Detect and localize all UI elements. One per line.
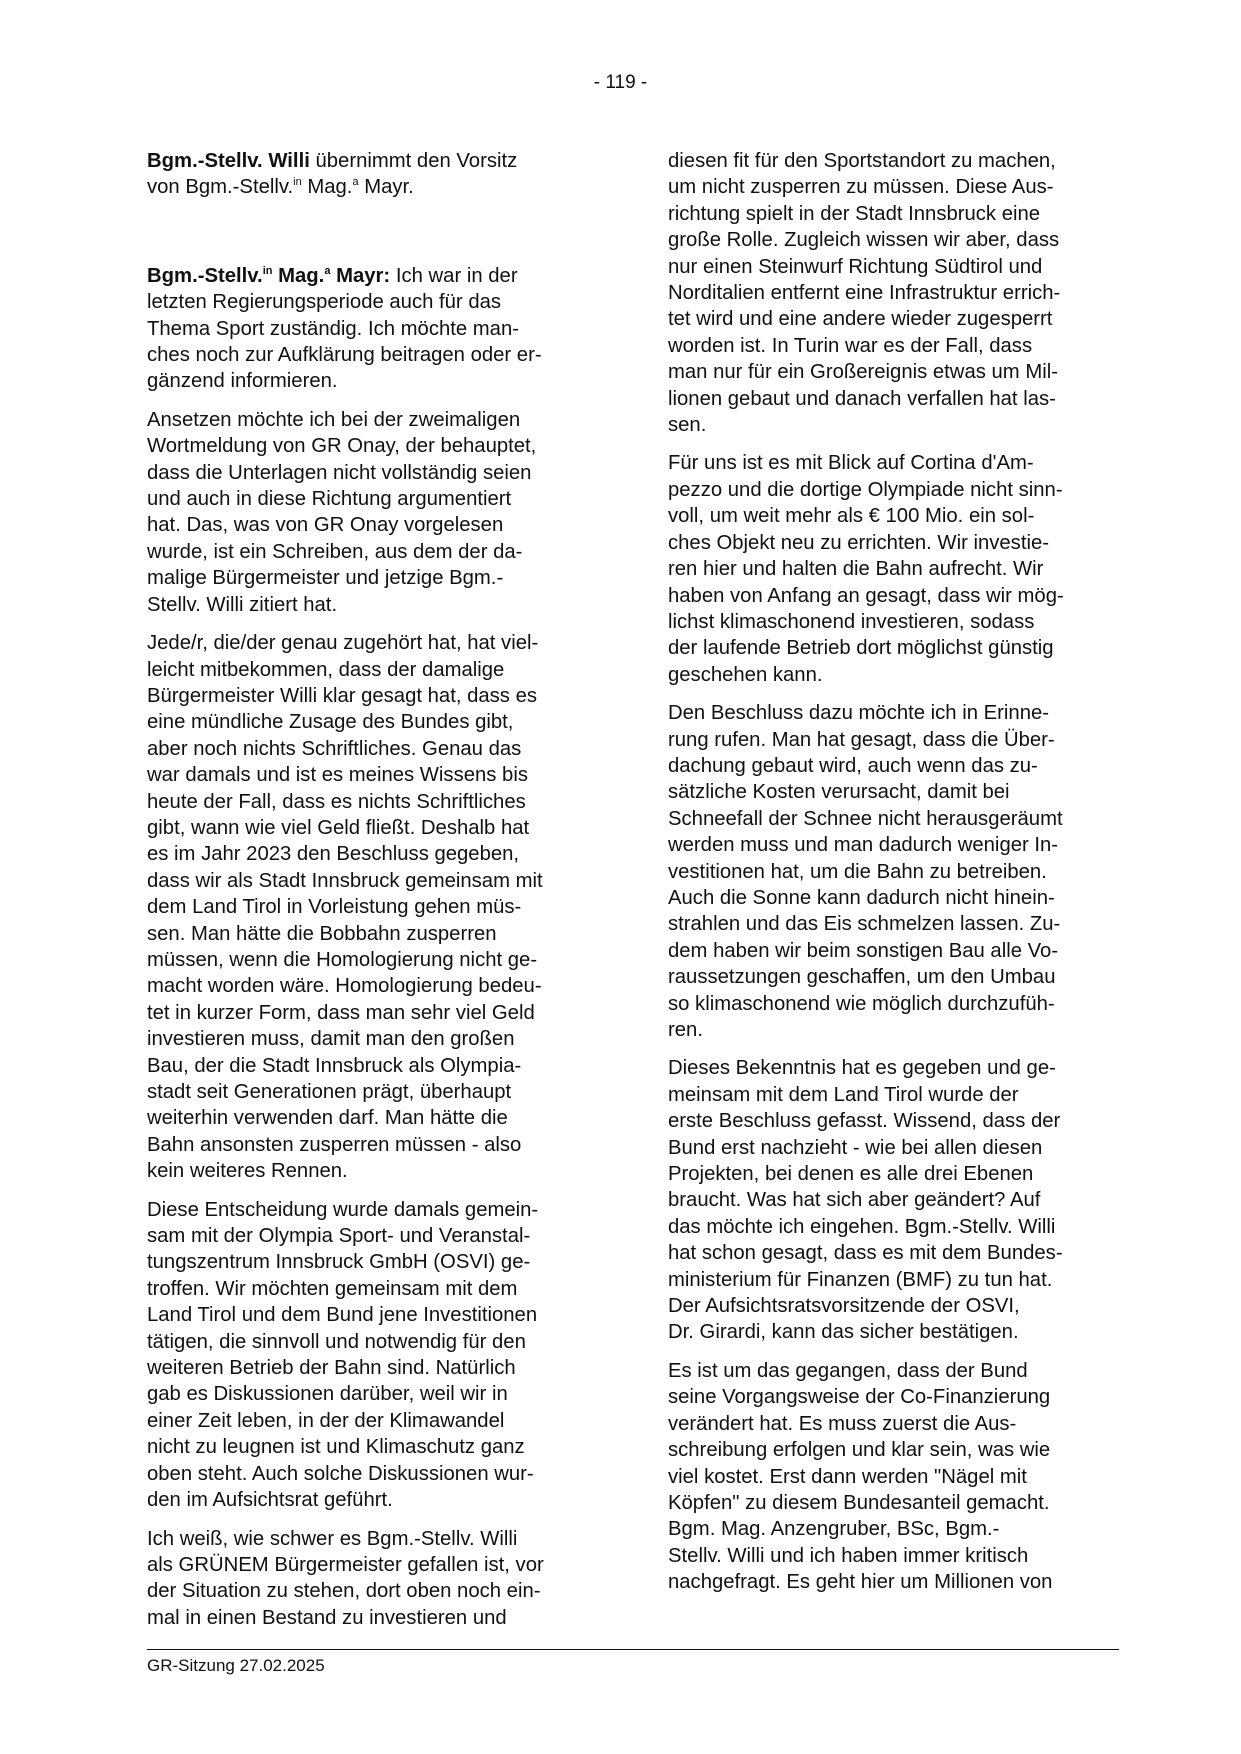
text-line: ren. [668,1017,1128,1043]
text-line: hat. Das, was von GR Onay vorgelesen [147,512,607,538]
text-line: voll, um weit mehr als € 100 Mio. ein so… [668,503,1128,529]
body-paragraph: Ich weiß, wie schwer es Bgm.-Stellv. Wil… [147,1526,607,1632]
notice-text: Mag. [302,176,353,198]
text-line: Für uns ist es mit Blick auf Cortina d'A… [668,450,1128,476]
text-line: Köpfen" zu diesem Bundesanteil gemacht. [668,1490,1128,1516]
text-line: rung rufen. Man hat gesagt, dass die Übe… [668,727,1128,753]
right-paragraphs: diesen fit für den Sportstandort zu mach… [668,148,1128,1596]
text-line: tet in kurzer Form, dass man sehr viel G… [147,1000,607,1026]
text-line: Dieses Bekenntnis hat es gegeben und ge- [668,1055,1128,1081]
body-paragraph: diesen fit für den Sportstandort zu mach… [668,148,1128,438]
notice-text: übernimmt den Vorsitz [310,150,517,172]
speech-intro-paragraph: Bgm.-Stellv.in Mag.a Mayr: Ich war in de… [147,263,607,395]
text-line: Diese Entscheidung wurde damals gemein- [147,1197,607,1223]
body-paragraph: Für uns ist es mit Blick auf Cortina d'A… [668,450,1128,688]
text-line: lionen gebaut und danach verfallen hat l… [668,386,1128,412]
text-line: Ich weiß, wie schwer es Bgm.-Stellv. Wil… [147,1526,607,1552]
text-line: weiterhin verwenden darf. Man hätte die [147,1105,607,1131]
text-line: Land Tirol und dem Bund jene Investition… [147,1302,607,1328]
text-line: um nicht zusperren zu müssen. Diese Aus- [668,174,1128,200]
text-line: lichst klimaschonend investieren, sodass [668,609,1128,635]
text-line: tet wird und eine andere wieder zugesper… [668,306,1128,332]
text-line: Bahn ansonsten zusperren müssen - also [147,1132,607,1158]
text-line: Der Aufsichtsratsvorsitzende der OSVI, [668,1293,1128,1319]
text-line: Den Beschluss dazu möchte ich in Erinne- [668,700,1128,726]
text-line: sen. Man hätte die Bobbahn zusperren [147,921,607,947]
text-line: stadt seit Generationen prägt, überhaupt [147,1079,607,1105]
text-line: einer Zeit leben, in der der Klimawandel [147,1408,607,1434]
text-line: sätzliche Kosten verursacht, damit bei [668,779,1128,805]
text-line: eine mündliche Zusage des Bundes gibt, [147,709,607,735]
text-line: Bgm. Mag. Anzengruber, BSc, Bgm.- [668,1516,1128,1542]
text-line: große Rolle. Zugleich wissen wir aber, d… [668,227,1128,253]
text-line: meinsam mit dem Land Tirol wurde der [668,1082,1128,1108]
speaker-name: Bgm.-Stellv.in Mag.a Mayr: [147,265,390,287]
text-line: raussetzungen geschaffen, um den Umbau [668,964,1128,990]
text-line: nur einen Steinwurf Richtung Südtirol un… [668,254,1128,280]
text-line: es im Jahr 2023 den Beschluss gegeben, [147,841,607,867]
text-line: Dr. Girardi, kann das sicher bestätigen. [668,1319,1128,1345]
text-line: der laufende Betrieb dort möglichst güns… [668,635,1128,661]
text-line: braucht. Was hat sich aber geändert? Auf [668,1187,1128,1213]
text-line: sen. [668,412,1128,438]
text-line: werden muss und man dadurch weniger In- [668,832,1128,858]
text-line: dachung gebaut wird, auch wenn das zu- [668,753,1128,779]
text-line: hat schon gesagt, dass es mit dem Bundes… [668,1240,1128,1266]
text-line: Bürgermeister Willi klar gesagt hat, das… [147,683,607,709]
text-line: so klimaschonend wie möglich durchzufüh- [668,991,1128,1017]
footer-divider [147,1649,1119,1650]
text-line: Jede/r, die/der genau zugehört hat, hat … [147,630,607,656]
text-line: investieren muss, damit man den großen [147,1026,607,1052]
text-line: tätigen, die sinnvoll und notwendig für … [147,1329,607,1355]
text-line: troffen. Wir möchten gemeinsam mit dem [147,1276,607,1302]
text-line: weiteren Betrieb der Bahn sind. Natürlic… [147,1355,607,1381]
notice-text: Mayr. [359,176,414,198]
text-line: Ansetzen möchte ich bei der zweimaligen [147,407,607,433]
text-line: man nur für ein Großereignis etwas um Mi… [668,359,1128,385]
text-line: mal in einen Bestand zu investieren und [147,1605,607,1631]
chair-change-notice: Bgm.-Stellv. Willi übernimmt den Vorsitz… [147,148,607,201]
footer-session-date: GR-Sitzung 27.02.2025 [147,1656,325,1676]
text-line: dem Land Tirol in Vorleistung gehen müs- [147,894,607,920]
text-line: das möchte ich eingehen. Bgm.-Stellv. Wi… [668,1214,1128,1240]
body-paragraph: Ansetzen möchte ich bei der zweimaligenW… [147,407,607,618]
text-line: ministerium für Finanzen (BMF) zu tun ha… [668,1267,1128,1293]
text-line: malige Bürgermeister und jetzige Bgm.- [147,565,607,591]
notice-text: von Bgm.-Stellv. [147,176,293,198]
text-line: dass wir als Stadt Innsbruck gemeinsam m… [147,868,607,894]
text-line: müssen, wenn die Homologierung nicht ge- [147,947,607,973]
text-line: diesen fit für den Sportstandort zu mach… [668,148,1128,174]
text-line: war damals und ist es meines Wissens bis [147,762,607,788]
text-line: Stellv. Willi und ich haben immer kritis… [668,1543,1128,1569]
text-line: dass die Unterlagen nicht vollständig se… [147,460,607,486]
text-line: vestitionen hat, um die Bahn zu betreibe… [668,859,1128,885]
text-line: Projekten, bei denen es alle drei Ebenen [668,1161,1128,1187]
body-paragraph: Den Beschluss dazu möchte ich in Erinne-… [668,700,1128,1043]
left-paragraphs: Ansetzen möchte ich bei der zweimaligenW… [147,407,607,1631]
text-line: viel kostet. Erst dann werden "Nägel mit [668,1464,1128,1490]
text-line: worden ist. In Turin war es der Fall, da… [668,333,1128,359]
text-line: dem haben wir beim sonstigen Bau alle Vo… [668,938,1128,964]
text-line: Schneefall der Schnee nicht herausgeräum… [668,806,1128,832]
text-line: haben von Anfang an gesagt, dass wir mög… [668,583,1128,609]
left-column: Bgm.-Stellv. Willi übernimmt den Vorsitz… [147,148,607,1643]
text-line: schreibung erfolgen und klar sein, was w… [668,1437,1128,1463]
text-line: macht worden wäre. Homologierung bedeu- [147,973,607,999]
text-line: kein weiteres Rennen. [147,1158,607,1184]
text-line: erste Beschluss gefasst. Wissend, dass d… [668,1108,1128,1134]
text-line: Stellv. Willi zitiert hat. [147,592,607,618]
right-column: diesen fit für den Sportstandort zu mach… [668,148,1128,1608]
text-line: oben steht. Auch solche Diskussionen wur… [147,1461,607,1487]
text-line: der Situation zu stehen, dort oben noch … [147,1578,607,1604]
text-line: Wortmeldung von GR Onay, der behauptet, [147,433,607,459]
body-paragraph: Jede/r, die/der genau zugehört hat, hat … [147,630,607,1185]
text-line: Norditalien entfernt eine Infrastruktur … [668,280,1128,306]
text-line: pezzo und die dortige Olympiade nicht si… [668,477,1128,503]
text-line: aber noch nichts Schriftliches. Genau da… [147,736,607,762]
superscript: in [293,176,302,188]
text-line: verändert hat. Es muss zuerst die Aus- [668,1411,1128,1437]
text-line: gab es Diskussionen darüber, weil wir in [147,1381,607,1407]
text-line: wurde, ist ein Schreiben, aus dem der da… [147,539,607,565]
text-line: Es ist um das gegangen, dass der Bund [668,1358,1128,1384]
text-line: ren hier und halten die Bahn aufrecht. W… [668,556,1128,582]
body-paragraph: Es ist um das gegangen, dass der Bundsei… [668,1358,1128,1596]
body-paragraph: Dieses Bekenntnis hat es gegeben und ge-… [668,1055,1128,1345]
text-line: sam mit der Olympia Sport- und Veranstal… [147,1223,607,1249]
text-line: geschehen kann. [668,662,1128,688]
text-line: tungszentrum Innsbruck GmbH (OSVI) ge- [147,1249,607,1275]
text-line: und auch in diese Richtung argumentiert [147,486,607,512]
text-line: nicht zu leugnen ist und Klimaschutz gan… [147,1434,607,1460]
body-paragraph: Diese Entscheidung wurde damals gemein-s… [147,1197,607,1514]
text-line: richtung spielt in der Stadt Innsbruck e… [668,201,1128,227]
text-line: leicht mitbekommen, dass der damalige [147,657,607,683]
text-line: als GRÜNEM Bürgermeister gefallen ist, v… [147,1552,607,1578]
text-line: strahlen und das Eis schmelzen lassen. Z… [668,911,1128,937]
text-line: seine Vorgangsweise der Co-Finanzierung [668,1384,1128,1410]
page-number: - 119 - [0,72,1241,94]
text-line: den im Aufsichtsrat geführt. [147,1487,607,1513]
text-line: nachgefragt. Es geht hier um Millionen v… [668,1569,1128,1595]
speaker-name: Bgm.-Stellv. Willi [147,150,310,172]
text-line: Bau, der die Stadt Innsbruck als Olympia… [147,1053,607,1079]
text-line: heute der Fall, dass es nichts Schriftli… [147,789,607,815]
text-line: Bund erst nachzieht - wie bei allen dies… [668,1135,1128,1161]
text-line: gibt, wann wie viel Geld fließt. Deshalb… [147,815,607,841]
text-line: Auch die Sonne kann dadurch nicht hinein… [668,885,1128,911]
text-line: ches Objekt neu zu errichten. Wir invest… [668,530,1128,556]
